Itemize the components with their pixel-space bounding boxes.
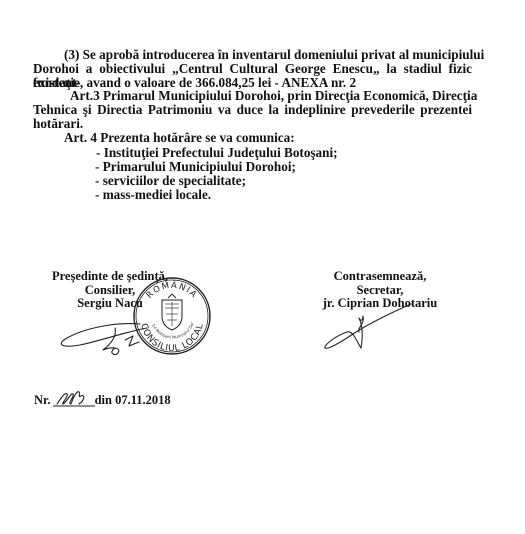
coat-of-arms-icon <box>162 294 182 330</box>
svg-text:ROMÂNIA: ROMÂNIA <box>145 279 199 301</box>
article-3-line-3: hotărari. <box>33 117 83 131</box>
right-signature-role: Secretar, <box>320 284 440 298</box>
left-handwritten-signature <box>55 318 155 358</box>
registration-number-handwritten <box>51 394 95 408</box>
recipient-item: - mass-mediei locale. <box>95 188 211 202</box>
recipient-item: - Instituţiei Prefectului Judeţului Boto… <box>96 146 338 160</box>
article-3-line-2: Tehnica şi Directia Patrimoniu va duce l… <box>33 103 472 117</box>
registration-date: din 07.11.2018 <box>95 393 171 407</box>
right-signature-title: Contrasemnează, <box>320 270 440 284</box>
right-handwritten-signature <box>323 302 413 354</box>
recipient-item: - Primarului Municipiului Dorohoi; <box>95 160 296 174</box>
recipient-item: - serviciilor de specialitate; <box>95 174 246 188</box>
stamp-top-text: ROMÂNIA <box>145 279 199 301</box>
paragraph-3-line-1: (3) Se aprobă introducerea în inventarul… <box>64 48 472 62</box>
article-4-heading: Art. 4 Prezenta hotărâre se va comunica: <box>64 131 295 145</box>
registration-prefix: Nr. <box>34 393 51 407</box>
article-3-line-1: Art.3 Primarul Municipiului Dorohoi, pri… <box>70 89 472 103</box>
registration-line: Nr. din 07.11.2018 <box>34 393 171 408</box>
